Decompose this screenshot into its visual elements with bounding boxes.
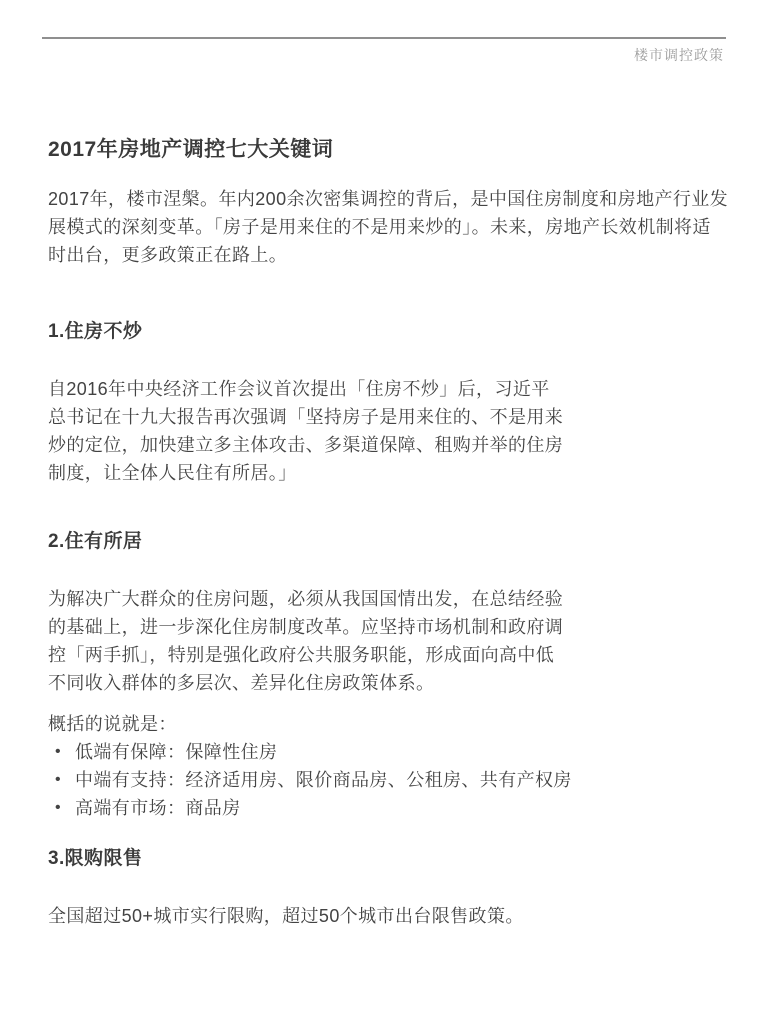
paragraph-line: 自2016年中央经济工作会议首次提出「住房不炒」后，习近平 — [48, 375, 730, 403]
bullet-icon: • — [48, 738, 75, 766]
paragraph-line: 全国超过50+城市实行限购，超过50个城市出台限售政策。 — [48, 902, 730, 930]
paragraph-line: 的基础上，进一步深化住房制度改革。应坚持市场机制和政府调 — [48, 613, 730, 641]
paragraph-line: 制度，让全体人民住有所居。」 — [48, 459, 730, 487]
section-heading-2: 2.住有所居 — [48, 528, 730, 556]
paragraph-line: 控「两手抓」，特别是强化政府公共服务职能，形成面向高中低 — [48, 641, 730, 669]
article-title: 2017年房地产调控七大关键词 — [48, 135, 730, 164]
paragraph-line: 2017年，楼市涅槃。年内200余次密集调控的背后，是中国住房制度和房地产行业发 — [48, 185, 730, 213]
article-content: 2017年房地产调控七大关键词 2017年，楼市涅槃。年内200余次密集调控的背… — [48, 0, 730, 930]
section-heading-3: 3.限购限售 — [48, 845, 730, 873]
section-3-paragraph: 全国超过50+城市实行限购，超过50个城市出台限售政策。 — [48, 902, 730, 930]
section-heading-1: 1.住房不炒 — [48, 318, 730, 346]
list-item: • 中端有支持：经济适用房、限价商品房、公租房、共有产权房 — [48, 766, 730, 794]
paragraph-line: 炒的定位，加快建立多主体攻击、多渠道保障、租购并举的住房 — [48, 431, 730, 459]
paragraph-line: 总书记在十九大报告再次强调「坚持房子是用来住的、不是用来 — [48, 403, 730, 431]
intro-paragraph: 2017年，楼市涅槃。年内200余次密集调控的背后，是中国住房制度和房地产行业发… — [48, 185, 730, 269]
section-2-paragraph: 为解决广大群众的住房问题，必须从我国国情出发，在总结经验 的基础上，进一步深化住… — [48, 585, 730, 697]
list-item-text: 高端有市场：商品房 — [75, 794, 241, 822]
list-item: • 低端有保障：保障性住房 — [48, 738, 730, 766]
paragraph-line: 展模式的深刻变革。「房子是用来住的不是用来炒的」。未来，房地产长效机制将适 — [48, 213, 730, 241]
document-page: 楼市调控政策 2017年房地产调控七大关键词 2017年，楼市涅槃。年内200余… — [0, 0, 768, 1024]
bullet-icon: • — [48, 794, 75, 822]
paragraph-line: 时出台，更多政策正在路上。 — [48, 241, 730, 269]
list-item-text: 中端有支持：经济适用房、限价商品房、公租房、共有产权房 — [75, 766, 572, 794]
bullet-icon: • — [48, 766, 75, 794]
housing-tier-list: • 低端有保障：保障性住房 • 中端有支持：经济适用房、限价商品房、公租房、共有… — [48, 738, 730, 822]
list-item: • 高端有市场：商品房 — [48, 794, 730, 822]
summary-label: 概括的说就是： — [48, 710, 730, 738]
paragraph-line: 不同收入群体的多层次、差异化住房政策体系。 — [48, 669, 730, 697]
section-1-paragraph: 自2016年中央经济工作会议首次提出「住房不炒」后，习近平 总书记在十九大报告再… — [48, 375, 730, 487]
paragraph-line: 为解决广大群众的住房问题，必须从我国国情出发，在总结经验 — [48, 585, 730, 613]
list-item-text: 低端有保障：保障性住房 — [75, 738, 277, 766]
